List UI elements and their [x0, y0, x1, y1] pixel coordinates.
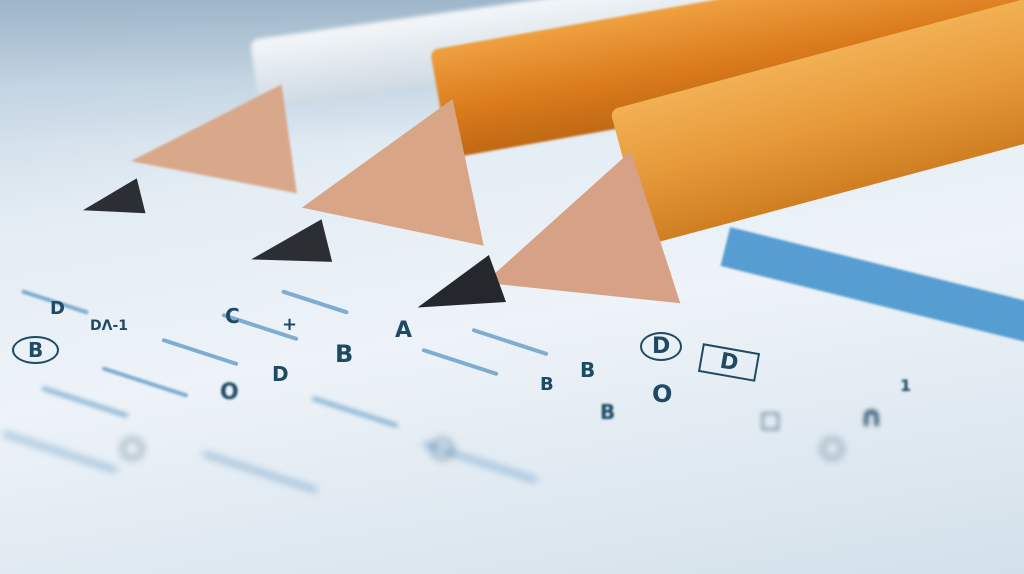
blue-band — [721, 227, 1024, 353]
glyph: D — [50, 298, 65, 319]
rule-line — [42, 386, 129, 418]
glyph: B — [540, 374, 554, 395]
photo-scene: D DΛ-1 B C + A B D O B B D D O B 1 □ ∩ ○… — [0, 0, 1024, 574]
glyph: 1 — [900, 376, 911, 395]
glyph: B — [580, 358, 595, 382]
rule-line — [161, 338, 238, 367]
glyph: □ — [760, 408, 781, 433]
glyph: ∩ — [860, 400, 883, 433]
rule-line — [102, 366, 189, 398]
glyph: ○ — [430, 430, 454, 463]
glyph-circled: B — [12, 336, 59, 364]
glyph: B — [600, 400, 615, 424]
glyph: ○ — [820, 430, 844, 463]
glyph: + — [282, 314, 297, 335]
glyph: ○ — [120, 430, 144, 463]
glyph-boxed: D — [698, 343, 760, 382]
rule-line — [421, 348, 498, 377]
rule-line — [312, 396, 399, 428]
glyph: O — [652, 380, 672, 408]
glyph: DΛ-1 — [90, 318, 128, 334]
rule-line — [2, 432, 117, 473]
rule-line — [281, 289, 349, 314]
glyph: O — [220, 380, 239, 405]
glyph-circled: D — [640, 332, 682, 361]
glyph: B — [335, 340, 353, 368]
rule-line — [202, 452, 317, 493]
glyph: D — [272, 362, 289, 386]
glyph: C — [225, 304, 240, 328]
glyph: A — [395, 318, 412, 343]
